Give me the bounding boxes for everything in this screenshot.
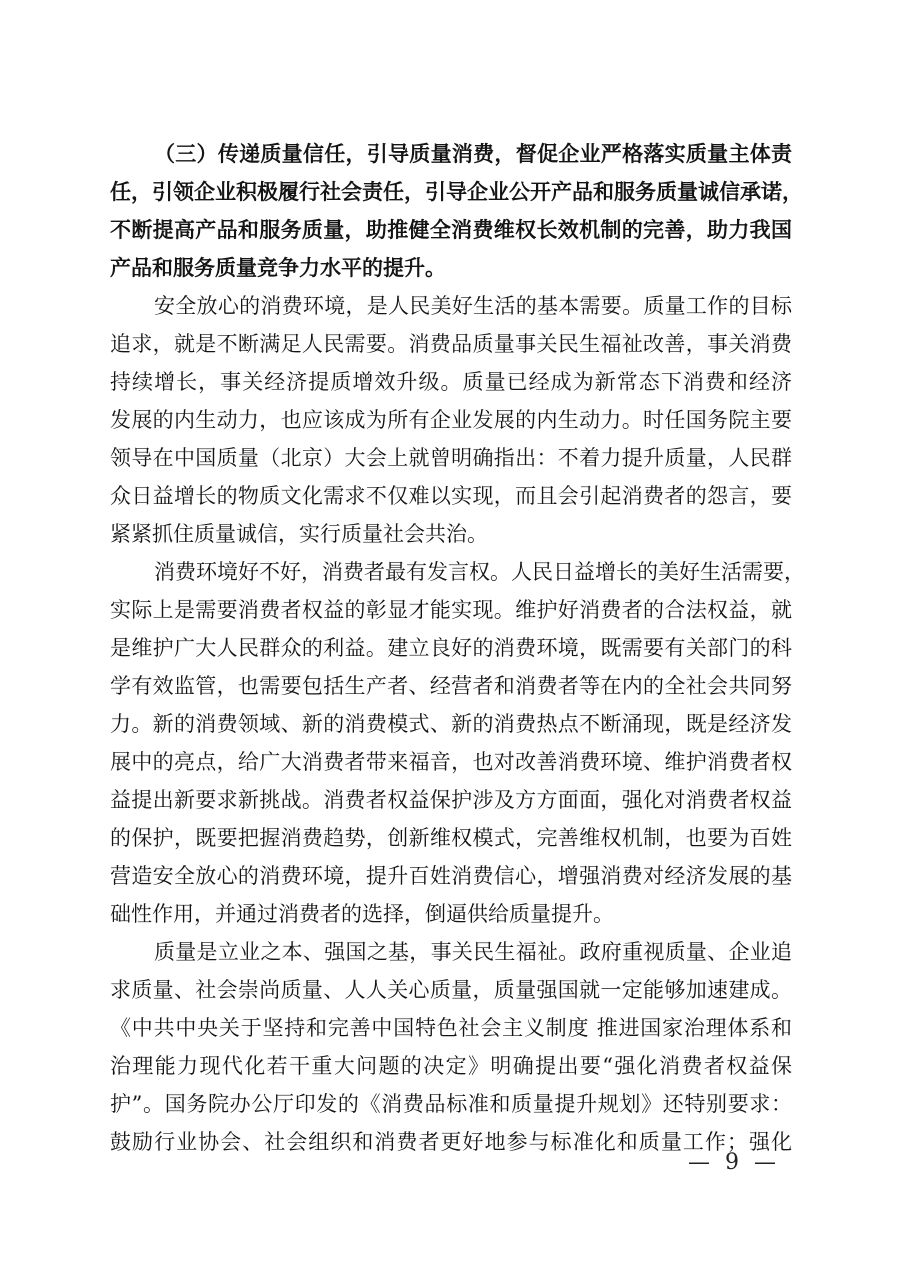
text-line: 展中的亮点，给广大消费者带来福音，也对改善消费环境、维护消费者权: [110, 743, 792, 781]
text-line: 实际上是需要消费者权益的彰显才能实现。维护好消费者的合法权益，就: [110, 591, 792, 629]
text-line: 众日益增长的物质文化需求不仅难以实现，而且会引起消费者的怨言，要: [110, 477, 792, 515]
text-line: 持续增长，事关经济提质增效升级。质量已经成为新常态下消费和经济: [110, 363, 792, 401]
text-line: 领导在中国质量（北京）大会上就曾明确指出：不着力提升质量，人民群: [110, 439, 792, 477]
text-line: 力。新的消费领域、新的消费模式、新的消费热点不断涌现，既是经济发: [110, 705, 792, 743]
text-line: 发展的内生动力，也应该成为所有企业发展的内生动力。时任国务院主要: [110, 401, 792, 439]
text-line: 追求，就是不断满足人民需要。消费品质量事关民生福祉改善，事关消费: [110, 325, 792, 363]
paragraph-consumer-rights: 消费环境好不好，消费者最有发言权。人民日益增长的美好生活需要， 实际上是需要消费…: [110, 553, 792, 933]
paragraph-heading-3: （三）传递质量信任，引导质量消费，督促企业严格落实质量主体责 任，引领企业积极履…: [110, 135, 792, 287]
text-line: 的保护，既要把握消费趋势，创新维权模式，完善维权机制，也要为百姓: [110, 819, 792, 857]
paragraph-quality-foundation: 质量是立业之本、强国之基，事关民生福祉。政府重视质量、企业追 求质量、社会崇尚质…: [110, 933, 792, 1161]
text-line: 求质量、社会崇尚质量、人人关心质量，质量强国就一定能够加速建成。: [110, 971, 792, 1009]
text-line: 产品和服务质量竞争力水平的提升。: [110, 249, 792, 287]
page-number: — 9 —: [688, 1150, 780, 1175]
text-line: 是维护广大人民群众的利益。建立良好的消费环境，既需要有关部门的科: [110, 629, 792, 667]
text-line: 护”。国务院办公厅印发的《消费品标准和质量提升规划》还特别要求：: [110, 1085, 792, 1123]
text-line: 营造安全放心的消费环境，提升百姓消费信心，增强消费对经济发展的基: [110, 857, 792, 895]
document-body: （三）传递质量信任，引导质量消费，督促企业严格落实质量主体责 任，引领企业积极履…: [110, 135, 792, 1161]
text-line: 消费环境好不好，消费者最有发言权。人民日益增长的美好生活需要，: [110, 553, 792, 591]
paragraph-consumption-environment: 安全放心的消费环境，是人民美好生活的基本需要。质量工作的目标 追求，就是不断满足…: [110, 287, 792, 553]
text-line: 益提出新要求新挑战。消费者权益保护涉及方方面面，强化对消费者权益: [110, 781, 792, 819]
text-line: 质量是立业之本、强国之基，事关民生福祉。政府重视质量、企业追: [110, 933, 792, 971]
text-line: 础性作用，并通过消费者的选择，倒逼供给质量提升。: [110, 895, 792, 933]
text-line: 《中共中央关于坚持和完善中国特色社会主义制度 推进国家治理体系和: [110, 1009, 792, 1047]
text-line: 安全放心的消费环境，是人民美好生活的基本需要。质量工作的目标: [110, 287, 792, 325]
text-line: 紧紧抓住质量诚信，实行质量社会共治。: [110, 515, 792, 553]
text-line: 任，引领企业积极履行社会责任，引导企业公开产品和服务质量诚信承诺，: [110, 173, 792, 211]
text-line: 治理能力现代化若干重大问题的决定》明确提出要“强化消费者权益保: [110, 1047, 792, 1085]
text-line: （三）传递质量信任，引导质量消费，督促企业严格落实质量主体责: [110, 135, 792, 173]
text-line: 学有效监管，也需要包括生产者、经营者和消费者等在内的全社会共同努: [110, 667, 792, 705]
text-line: 不断提高产品和服务质量，助推健全消费维权长效机制的完善，助力我国: [110, 211, 792, 249]
